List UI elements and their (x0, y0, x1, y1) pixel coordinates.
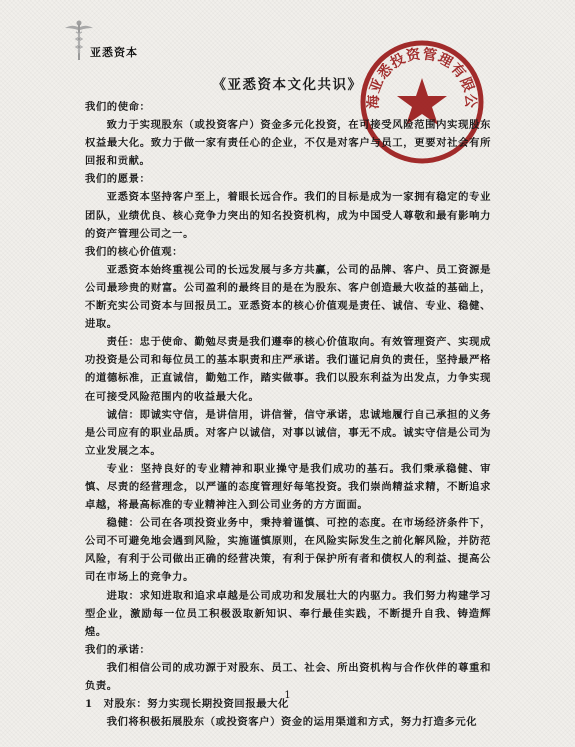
page-number: 1 (0, 690, 575, 701)
paragraph-responsibility: 责任：忠于使命、勤勉尽责是我们遵奉的核心价值取向。有效管理资产、实现成功投资是公… (85, 333, 491, 405)
paragraph-vision: 亚悉资本坚持客户至上，着眼长远合作。我们的目标是成为一家拥有稳定的专业团队，业绩… (85, 188, 491, 242)
section-heading-vision: 我们的愿景： (85, 170, 491, 188)
paragraph-prudence: 稳健：公司在各项投资业务中，秉持着谨慎、可控的态度。在市场经济条件下，公司不可避… (85, 514, 491, 586)
paragraph-shareholders: 我们将积极拓展股东（或投资客户）资金的运用渠道和方式，努力打造多元化 (85, 713, 491, 731)
paragraph-core-values: 亚悉资本始终重视公司的长远发展与多方共赢，公司的品牌、客户、员工资源是公司最珍贵… (85, 261, 491, 333)
paragraph-mission: 致力于实现股东（或投资客户）资金多元化投资，在可接受风险范围内实现股东权益最大化… (85, 116, 491, 170)
logo-text: 亚悉资本 (90, 44, 138, 60)
section-heading-commitment: 我们的承诺： (85, 641, 491, 659)
paragraph-enterprising: 进取：求知进取和追求卓越是公司成功和发展壮大的内驱力。我们努力构建学习型企业，激… (85, 587, 491, 641)
document-body: 我们的使命： 致力于实现股东（或投资客户）资金多元化投资，在可接受风险范围内实现… (85, 98, 491, 731)
document-title: 《亚悉资本文化共识》 (0, 73, 575, 93)
section-heading-core-values: 我们的核心价值观： (85, 243, 491, 261)
company-logo: 亚悉资本 (64, 18, 144, 60)
paragraph-professionalism: 专业：坚持良好的专业精神和职业操守是我们成功的基石。我们秉承稳健、审慎、尽责的经… (85, 460, 491, 514)
section-heading-mission: 我们的使命： (85, 98, 491, 116)
paragraph-integrity: 诚信：即诚实守信，是讲信用，讲信誉，信守承诺，忠诚地履行自己承担的义务是公司应有… (85, 406, 491, 460)
